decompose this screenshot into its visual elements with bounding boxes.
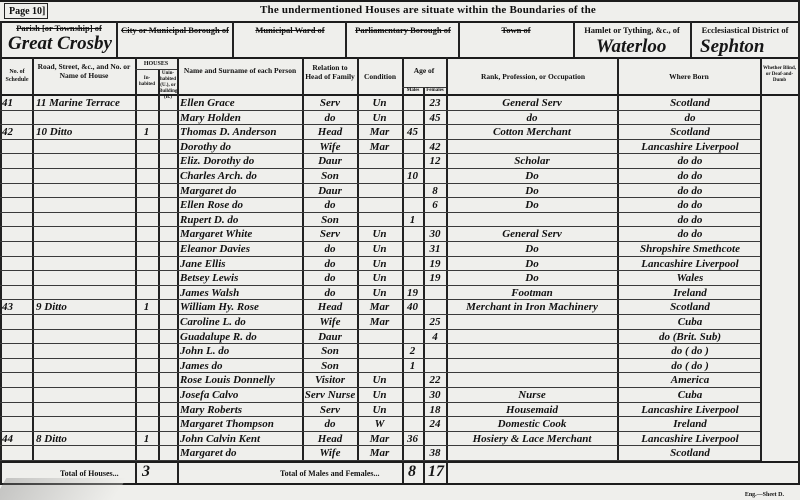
col-header-road: Road, Street, &c., and No. or Name of Ho… xyxy=(36,62,132,80)
person-name: Rose Louis Donnelly xyxy=(180,373,302,388)
age-male xyxy=(402,315,423,330)
age-female: 19 xyxy=(424,271,446,286)
age-female: 8 xyxy=(424,184,446,199)
census-row: Josefa CalvoServ NurseUn30NurseCuba xyxy=(0,388,800,403)
schedule-no xyxy=(2,286,32,301)
where-born: Lancashire Liverpool xyxy=(620,403,760,418)
schedule-no: 42 xyxy=(2,125,32,140)
col-header-where-born: Where Born xyxy=(620,72,758,81)
marital-condition: Un xyxy=(358,242,401,257)
col-header-schedule: No. of Schedule xyxy=(2,68,32,84)
relation-to-head: do xyxy=(304,257,356,272)
occupation xyxy=(448,373,616,388)
page-heading: The undermentioned Houses are situate wi… xyxy=(260,4,596,16)
where-born: America xyxy=(620,373,760,388)
census-row: Rose Louis DonnellyVisitorUn22America xyxy=(0,373,800,388)
occupation: General Serv xyxy=(448,227,616,242)
age-male: 36 xyxy=(402,432,423,447)
occupation: Cotton Merchant xyxy=(448,125,616,140)
age-female xyxy=(424,213,446,228)
person-name: Charles Arch. do xyxy=(180,169,302,184)
box-divider xyxy=(458,21,460,57)
occupation: Housemaid xyxy=(448,403,616,418)
occupation: Do xyxy=(448,271,616,286)
road-address xyxy=(36,417,136,432)
person-name: Ellen Rose do xyxy=(180,198,302,213)
relation-to-head: do xyxy=(304,286,356,301)
age-female: 30 xyxy=(424,227,446,242)
occupation: General Serv xyxy=(448,96,616,111)
road-address xyxy=(36,111,136,126)
col-header-occupation: Rank, Profession, or Occupation xyxy=(450,72,616,81)
road-address xyxy=(36,257,136,272)
census-row: John L. doSon2do ( do ) xyxy=(0,344,800,359)
marital-condition: W xyxy=(358,417,401,432)
col-header-age: Age of xyxy=(402,66,446,75)
marital-condition xyxy=(358,213,401,228)
scan-shadow xyxy=(0,478,126,500)
marital-condition: Un xyxy=(358,373,401,388)
marital-condition: Mar xyxy=(358,125,401,140)
marital-condition: Mar xyxy=(358,315,401,330)
person-name: James do xyxy=(180,359,302,374)
age-female: 38 xyxy=(424,446,446,461)
census-row: Dorothy doWifeMar42Lancashire Liverpool xyxy=(0,140,800,155)
inhabited-count xyxy=(135,242,158,257)
boxes-divider xyxy=(0,57,800,59)
age-male xyxy=(402,271,423,286)
total-females-value: 17 xyxy=(428,463,444,481)
person-name: Margaret do xyxy=(180,446,302,461)
where-born: Cuba xyxy=(620,388,760,403)
road-address: 9 Ditto xyxy=(36,300,136,315)
age-female: 31 xyxy=(424,242,446,257)
occupation xyxy=(448,446,616,461)
parish-value: Great Crosby xyxy=(8,33,112,55)
age-female xyxy=(424,344,446,359)
schedule-no xyxy=(2,198,32,213)
schedule-no xyxy=(2,257,32,272)
age-male: 10 xyxy=(402,169,423,184)
road-address xyxy=(36,169,136,184)
schedule-no xyxy=(2,213,32,228)
road-address xyxy=(36,446,136,461)
where-born: Wales xyxy=(620,271,760,286)
person-name: William Hy. Rose xyxy=(180,300,302,315)
inhabited-count xyxy=(135,403,158,418)
road-address xyxy=(36,184,136,199)
relation-to-head: Daur xyxy=(304,184,356,199)
age-female: 30 xyxy=(424,388,446,403)
relation-to-head: Serv xyxy=(304,96,356,111)
age-male xyxy=(402,111,423,126)
col-header-name: Name and Surname of each Person xyxy=(180,66,300,75)
occupation: Nurse xyxy=(448,388,616,403)
occupation: do xyxy=(448,111,616,126)
occupation: Footman xyxy=(448,286,616,301)
schedule-no xyxy=(2,330,32,345)
age-female: 25 xyxy=(424,315,446,330)
occupation: Domestic Cook xyxy=(448,417,616,432)
marital-condition: Un xyxy=(358,227,401,242)
marital-condition: Mar xyxy=(358,140,401,155)
where-born: Lancashire Liverpool xyxy=(620,140,760,155)
occupation xyxy=(448,213,616,228)
road-address: 10 Ditto xyxy=(36,125,136,140)
age-female: 19 xyxy=(424,257,446,272)
relation-to-head: Daur xyxy=(304,154,356,169)
road-address xyxy=(36,154,136,169)
census-row: Mary HoldendoUn45dodo xyxy=(0,111,800,126)
age-female xyxy=(424,125,446,140)
parliamentary-borough-label: Parliamentary Borough of xyxy=(349,25,457,35)
relation-to-head: Daur xyxy=(304,330,356,345)
where-born: Scotland xyxy=(620,446,760,461)
road-address xyxy=(36,388,136,403)
where-born: Lancashire Liverpool xyxy=(620,257,760,272)
person-name: Mary Holden xyxy=(180,111,302,126)
relation-to-head: Head xyxy=(304,125,356,140)
where-born: do do xyxy=(620,169,760,184)
relation-to-head: do xyxy=(304,271,356,286)
box-divider xyxy=(232,21,234,57)
person-name: John L. do xyxy=(180,344,302,359)
totals-divider xyxy=(0,461,800,463)
schedule-no xyxy=(2,388,32,403)
age-male xyxy=(402,257,423,272)
person-name: Eliz. Dorothy do xyxy=(180,154,302,169)
marital-condition: Mar xyxy=(358,300,401,315)
census-row: Eliz. Dorothy doDaur12Scholardo do xyxy=(0,154,800,169)
where-born: Ireland xyxy=(620,417,760,432)
col-header-relation: Relation to Head of Family xyxy=(304,63,356,81)
age-male: 45 xyxy=(402,125,423,140)
road-address: 8 Ditto xyxy=(36,432,136,447)
age-female: 12 xyxy=(424,154,446,169)
hamlet-value: Waterloo xyxy=(596,36,666,58)
schedule-no xyxy=(2,242,32,257)
schedule-no xyxy=(2,403,32,418)
person-name: James Walsh xyxy=(180,286,302,301)
occupation: Do xyxy=(448,257,616,272)
houses-subline xyxy=(135,69,177,70)
census-row: Guadalupe R. doDaur4do (Brit. Sub) xyxy=(0,330,800,345)
road-address xyxy=(36,286,136,301)
inhabited-count xyxy=(135,111,158,126)
person-name: Eleanor Davies xyxy=(180,242,302,257)
relation-to-head: Son xyxy=(304,169,356,184)
road-address xyxy=(36,227,136,242)
relation-to-head: Wife xyxy=(304,140,356,155)
top-border xyxy=(0,0,800,2)
occupation xyxy=(448,344,616,359)
marital-condition: Un xyxy=(358,286,401,301)
road-address xyxy=(36,373,136,388)
road-address xyxy=(36,403,136,418)
schedule-no: 43 xyxy=(2,300,32,315)
relation-to-head: do xyxy=(304,242,356,257)
road-address xyxy=(36,198,136,213)
inhabited-count xyxy=(135,446,158,461)
inhabited-count xyxy=(135,373,158,388)
where-born: do (Brit. Sub) xyxy=(620,330,760,345)
age-male xyxy=(402,198,423,213)
total-houses-value: 3 xyxy=(142,463,150,481)
marital-condition: Un xyxy=(358,111,401,126)
marital-condition: Mar xyxy=(358,446,401,461)
schedule-no xyxy=(2,140,32,155)
total-houses-label: Total of Houses... xyxy=(60,469,119,478)
relation-to-head: Serv xyxy=(304,403,356,418)
census-row: Rupert D. doSon1do do xyxy=(0,213,800,228)
age-male: 1 xyxy=(402,359,423,374)
inhabited-count xyxy=(135,388,158,403)
age-male xyxy=(402,330,423,345)
occupation: Scholar xyxy=(448,154,616,169)
occupation: Do xyxy=(448,198,616,213)
age-male: 1 xyxy=(402,213,423,228)
schedule-no xyxy=(2,344,32,359)
person-name: Margaret do xyxy=(180,184,302,199)
occupation xyxy=(448,315,616,330)
person-name: Margaret White xyxy=(180,227,302,242)
census-page: Page 10] The undermentioned Houses are s… xyxy=(0,0,800,500)
occupation xyxy=(448,140,616,155)
census-row: Mary RobertsServUn18HousemaidLancashire … xyxy=(0,403,800,418)
marital-condition xyxy=(358,169,401,184)
col-header-males: Males xyxy=(403,88,423,94)
road-address: 11 Marine Terrace xyxy=(36,96,136,111)
inhabited-count xyxy=(135,169,158,184)
age-male xyxy=(402,388,423,403)
age-male xyxy=(402,184,423,199)
age-female xyxy=(424,169,446,184)
header-divider xyxy=(0,21,800,23)
inhabited-count xyxy=(135,286,158,301)
where-born: do xyxy=(620,111,760,126)
census-row: Jane EllisdoUn19DoLancashire Liverpool xyxy=(0,257,800,272)
total-males-value: 8 xyxy=(408,463,416,481)
schedule-no xyxy=(2,271,32,286)
census-row: Betsey LewisdoUn19DoWales xyxy=(0,271,800,286)
person-name: Guadalupe R. do xyxy=(180,330,302,345)
borough-label: City or Municipal Borough of xyxy=(120,25,230,35)
where-born: Scotland xyxy=(620,96,760,111)
road-address xyxy=(36,213,136,228)
age-male xyxy=(402,242,423,257)
schedule-no xyxy=(2,111,32,126)
age-female: 6 xyxy=(424,198,446,213)
age-male xyxy=(402,140,423,155)
age-male: 19 xyxy=(402,286,423,301)
relation-to-head: Visitor xyxy=(304,373,356,388)
inhabited-count xyxy=(135,330,158,345)
age-female: 42 xyxy=(424,140,446,155)
box-divider xyxy=(345,21,347,57)
relation-to-head: do xyxy=(304,111,356,126)
where-born: do do xyxy=(620,198,760,213)
occupation: Do xyxy=(448,242,616,257)
age-male xyxy=(402,373,423,388)
col-header-houses: HOUSES xyxy=(135,60,177,69)
road-address xyxy=(36,242,136,257)
person-name: Jane Ellis xyxy=(180,257,302,272)
relation-to-head: do xyxy=(304,417,356,432)
census-row: 4210 Ditto1Thomas D. AndersonHeadMar45Co… xyxy=(0,125,800,140)
census-row: 4111 Marine TerraceEllen GraceServUn23Ge… xyxy=(0,96,800,111)
schedule-no: 41 xyxy=(2,96,32,111)
person-name: Betsey Lewis xyxy=(180,271,302,286)
marital-condition xyxy=(358,344,401,359)
relation-to-head: Son xyxy=(304,344,356,359)
inhabited-count xyxy=(135,227,158,242)
schedule-no xyxy=(2,315,32,330)
inhabited-count xyxy=(135,315,158,330)
census-row: Charles Arch. doSon10Dodo do xyxy=(0,169,800,184)
age-female: 22 xyxy=(424,373,446,388)
marital-condition: Mar xyxy=(358,432,401,447)
schedule-no xyxy=(2,446,32,461)
relation-to-head: do xyxy=(304,198,356,213)
col-header-condition: Condition xyxy=(358,72,402,81)
where-born: Scotland xyxy=(620,125,760,140)
person-name: Thomas D. Anderson xyxy=(180,125,302,140)
inhabited-count: 1 xyxy=(135,432,158,447)
page-number-label: Page 10] xyxy=(4,3,48,19)
sheet-footer: Eng.—Sheet D. xyxy=(745,492,784,498)
person-name: Rupert D. do xyxy=(180,213,302,228)
census-row: Caroline L. doWifeMar25Cuba xyxy=(0,315,800,330)
road-address xyxy=(36,140,136,155)
schedule-no xyxy=(2,417,32,432)
marital-condition: Un xyxy=(358,257,401,272)
col-header-blind-deaf: Whether Blind, or Deaf-and-Dumb xyxy=(761,66,798,84)
relation-to-head: Son xyxy=(304,213,356,228)
marital-condition xyxy=(358,154,401,169)
relation-to-head: Serv xyxy=(304,227,356,242)
inhabited-count xyxy=(135,344,158,359)
where-born: do ( do ) xyxy=(620,359,760,374)
relation-to-head: Wife xyxy=(304,446,356,461)
age-female xyxy=(424,432,446,447)
ecclesiastical-district-value: Sephton xyxy=(700,36,764,58)
census-row: James WalshdoUn19FootmanIreland xyxy=(0,286,800,301)
age-female: 45 xyxy=(424,111,446,126)
relation-to-head: Serv Nurse xyxy=(304,388,356,403)
person-name: Caroline L. do xyxy=(180,315,302,330)
census-row: 439 Ditto1William Hy. RoseHeadMar40Merch… xyxy=(0,300,800,315)
where-born: Ireland xyxy=(620,286,760,301)
where-born: Cuba xyxy=(620,315,760,330)
census-row: Margaret doWifeMar38Scotland xyxy=(0,446,800,461)
ecclesiastical-district-label: Ecclesiastical District of xyxy=(692,25,798,35)
marital-condition: Un xyxy=(358,96,401,111)
inhabited-count xyxy=(135,271,158,286)
where-born: do do xyxy=(620,213,760,228)
marital-condition: Un xyxy=(358,388,401,403)
age-male xyxy=(402,446,423,461)
age-male xyxy=(402,96,423,111)
inhabited-count: 1 xyxy=(135,125,158,140)
marital-condition xyxy=(358,184,401,199)
age-female xyxy=(424,359,446,374)
age-female: 24 xyxy=(424,417,446,432)
road-address xyxy=(36,315,136,330)
total-persons-label: Total of Males and Females... xyxy=(280,469,379,478)
census-row: James doSon1do ( do ) xyxy=(0,359,800,374)
occupation: Merchant in Iron Machinery xyxy=(448,300,616,315)
inhabited-count xyxy=(135,359,158,374)
marital-condition xyxy=(358,330,401,345)
person-name: Dorothy do xyxy=(180,140,302,155)
age-female: 23 xyxy=(424,96,446,111)
where-born: Shropshire Smethcote xyxy=(620,242,760,257)
marital-condition xyxy=(358,359,401,374)
inhabited-count xyxy=(135,198,158,213)
occupation: Do xyxy=(448,184,616,199)
age-male: 40 xyxy=(402,300,423,315)
schedule-no xyxy=(2,154,32,169)
inhabited-count xyxy=(135,213,158,228)
occupation xyxy=(448,359,616,374)
age-female: 18 xyxy=(424,403,446,418)
relation-to-head: Wife xyxy=(304,315,356,330)
where-born: do do xyxy=(620,154,760,169)
col-header-females: Females xyxy=(424,88,446,94)
hamlet-label: Hamlet or Tything, &c., of xyxy=(575,25,689,35)
inhabited-count xyxy=(135,184,158,199)
inhabited-count xyxy=(135,140,158,155)
age-female: 4 xyxy=(424,330,446,345)
road-address xyxy=(36,271,136,286)
person-name: Ellen Grace xyxy=(180,96,302,111)
road-address xyxy=(36,344,136,359)
schedule-no xyxy=(2,169,32,184)
census-row: Eleanor DaviesdoUn31DoShropshire Smethco… xyxy=(0,242,800,257)
census-row: Margaret ThompsondoW24Domestic CookIrela… xyxy=(0,417,800,432)
inhabited-count: 1 xyxy=(135,300,158,315)
age-male xyxy=(402,417,423,432)
schedule-no xyxy=(2,359,32,374)
where-born: do ( do ) xyxy=(620,344,760,359)
schedule-no xyxy=(2,373,32,388)
ward-label: Municipal Ward of xyxy=(236,25,344,35)
relation-to-head: Head xyxy=(304,300,356,315)
town-label: Town of xyxy=(462,25,570,35)
where-born: Lancashire Liverpool xyxy=(620,432,760,447)
age-female xyxy=(424,300,446,315)
age-male: 2 xyxy=(402,344,423,359)
inhabited-count xyxy=(135,417,158,432)
census-row: Margaret WhiteServUn30General Servdo do xyxy=(0,227,800,242)
relation-to-head: Head xyxy=(304,432,356,447)
occupation xyxy=(448,330,616,345)
schedule-no xyxy=(2,184,32,199)
person-name: Mary Roberts xyxy=(180,403,302,418)
census-row: Ellen Rose dodo6Dodo do xyxy=(0,198,800,213)
where-born: do do xyxy=(620,184,760,199)
census-row: Margaret doDaur8Dodo do xyxy=(0,184,800,199)
marital-condition: Un xyxy=(358,403,401,418)
schedule-no xyxy=(2,227,32,242)
relation-to-head: Son xyxy=(304,359,356,374)
inhabited-count xyxy=(135,96,158,111)
schedule-no: 44 xyxy=(2,432,32,447)
where-born: do do xyxy=(620,227,760,242)
marital-condition xyxy=(358,198,401,213)
marital-condition: Un xyxy=(358,271,401,286)
parish-label: Parish [or Township] of xyxy=(4,23,114,33)
